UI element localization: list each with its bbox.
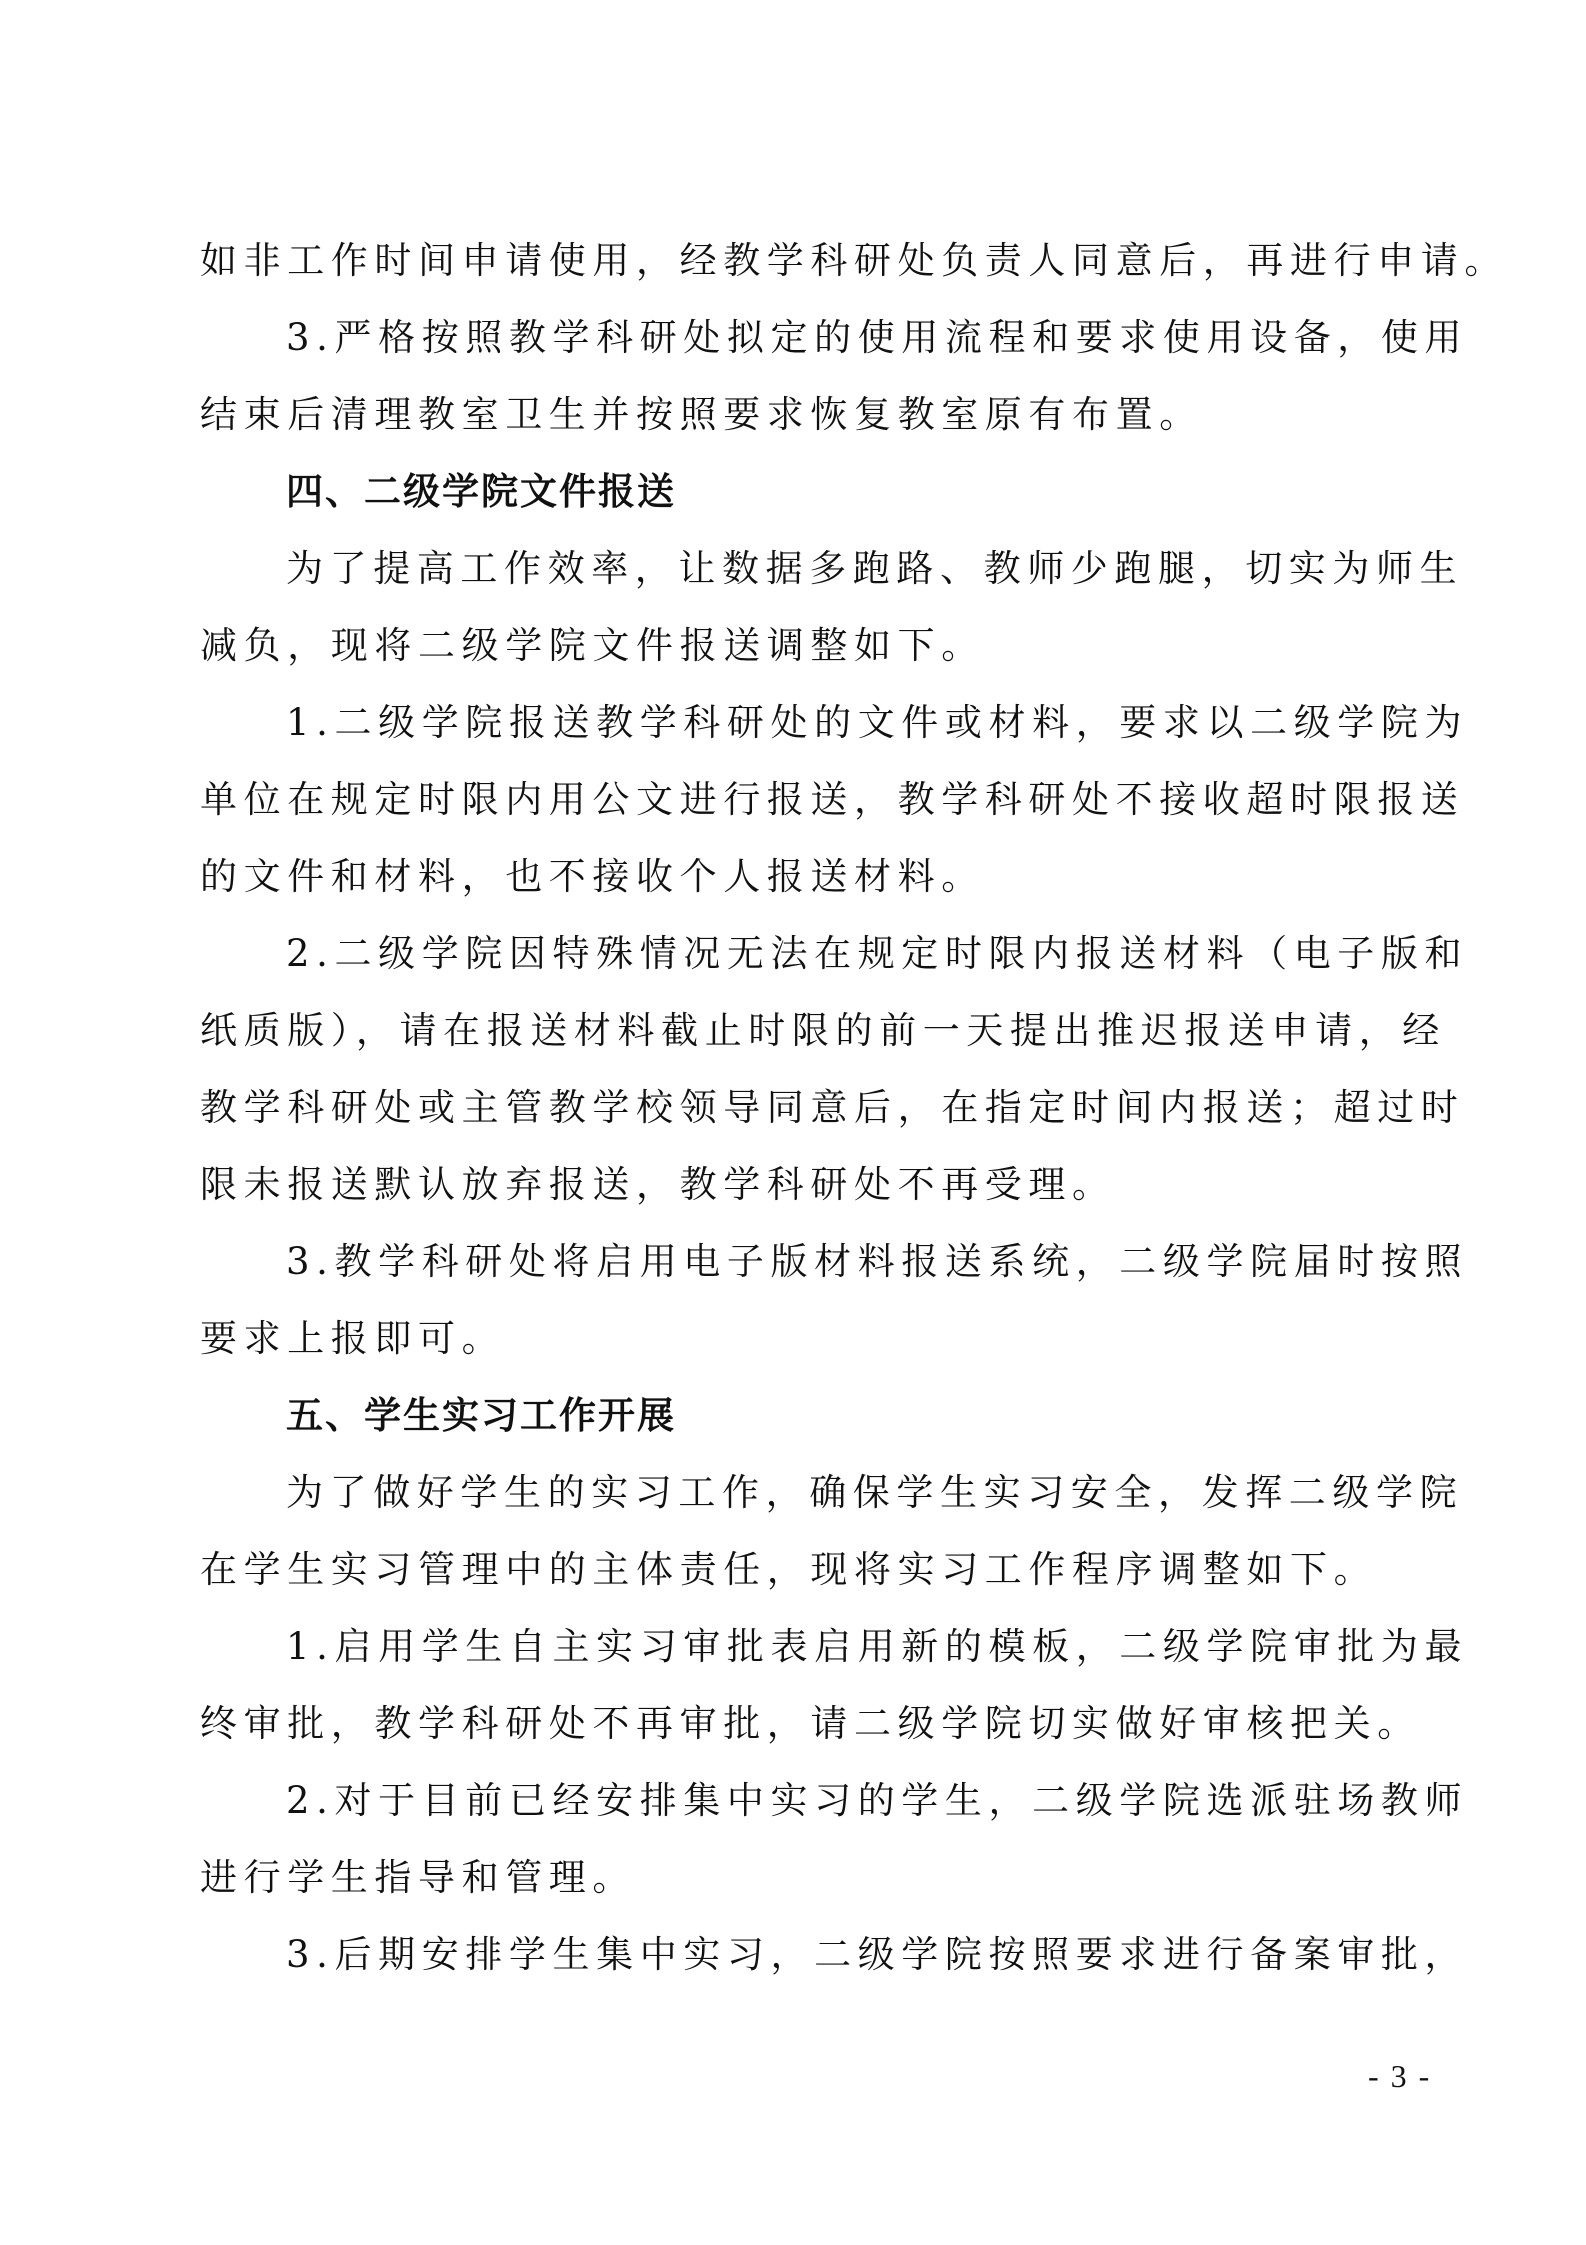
paragraph-line: 的文件和材料，也不接收个人报送材料。 [200, 838, 1440, 915]
paragraph-line: 3.教学科研处将启用电子版材料报送系统，二级学院届时按照 [200, 1223, 1432, 1300]
section-heading: 四、二级学院文件报送 [200, 453, 1440, 530]
paragraph-line: 减负，现将二级学院文件报送调整如下。 [200, 607, 1440, 684]
document-body: 如非工作时间申请使用，经教学科研处负责人同意后，再进行申请。3.严格按照教学科研… [200, 222, 1440, 1993]
paragraph-line: 2.对于目前已经安排集中实习的学生，二级学院选派驻场教师 [200, 1762, 1432, 1839]
paragraph-line: 3.严格按照教学科研处拟定的使用流程和要求使用设备，使用 [200, 299, 1432, 376]
paragraph-line: 终审批，教学科研处不再审批，请二级学院切实做好审核把关。 [200, 1685, 1440, 1762]
paragraph-line: 为了提高工作效率，让数据多跑路、教师少跑腿，切实为师生 [200, 530, 1432, 607]
paragraph-line: 限未报送默认放弃报送，教学科研处不再受理。 [200, 1146, 1440, 1223]
paragraph-line: 要求上报即可。 [200, 1300, 1440, 1377]
paragraph-line: 教学科研处或主管教学校领导同意后，在指定时间内报送；超过时 [200, 1069, 1432, 1146]
paragraph-line: 在学生实习管理中的主体责任，现将实习工作程序调整如下。 [200, 1531, 1440, 1608]
paragraph-line: 2.二级学院因特殊情况无法在规定时限内报送材料（电子版和 [200, 915, 1432, 992]
paragraph-line: 3.后期安排学生集中实习，二级学院按照要求进行备案审批， [200, 1916, 1432, 1993]
document-page: 如非工作时间申请使用，经教学科研处负责人同意后，再进行申请。3.严格按照教学科研… [200, 222, 1440, 1993]
paragraph-line: 进行学生指导和管理。 [200, 1839, 1440, 1916]
paragraph-line: 1.二级学院报送教学科研处的文件或材料，要求以二级学院为 [200, 684, 1432, 761]
page-number: - 3 - [1368, 2058, 1431, 2095]
paragraph-line: 1.启用学生自主实习审批表启用新的模板，二级学院审批为最 [200, 1608, 1432, 1685]
paragraph-line: 纸质版），请在报送材料截止时限的前一天提出推迟报送申请，经 [200, 992, 1432, 1069]
section-heading: 五、学生实习工作开展 [200, 1377, 1440, 1454]
paragraph-line: 单位在规定时限内用公文进行报送，教学科研处不接收超时限报送 [200, 761, 1432, 838]
paragraph-line: 为了做好学生的实习工作，确保学生实习安全，发挥二级学院 [200, 1454, 1432, 1531]
paragraph-line: 结束后清理教室卫生并按照要求恢复教室原有布置。 [200, 376, 1440, 453]
paragraph-line: 如非工作时间申请使用，经教学科研处负责人同意后，再进行申请。 [200, 222, 1440, 299]
